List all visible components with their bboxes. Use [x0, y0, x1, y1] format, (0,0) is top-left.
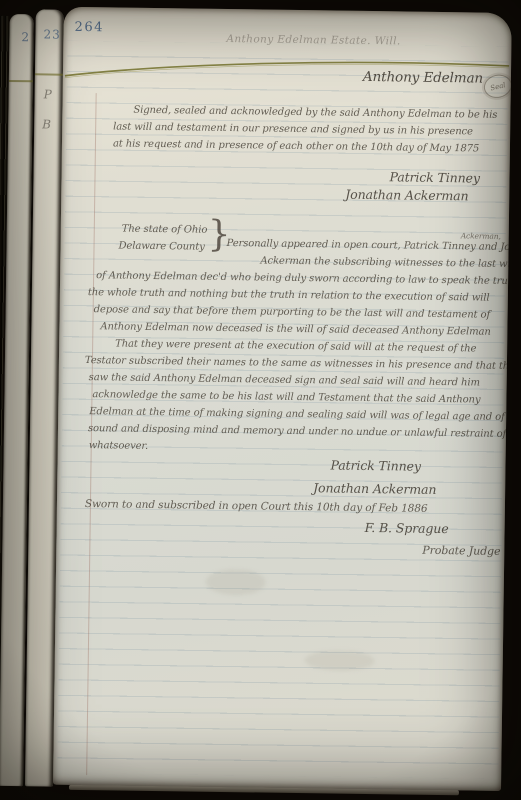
handwriting-fragment-1: P: [44, 87, 52, 101]
decedent-name-heading: Anthony Edelman: [363, 69, 483, 87]
probate-body-line-13: whatsoever.: [89, 440, 149, 452]
venue-state-line: The state of Ohio: [122, 224, 208, 236]
paper-stain: [206, 569, 266, 596]
judge-title: Probate Judge: [422, 544, 500, 558]
scanned-ledger-photo: 2 23 P B 264 Anthony Edelman Estate. Wil…: [0, 0, 521, 800]
interlined-word: Ackerman,: [461, 231, 501, 241]
ledger-page: 264 Anthony Edelman Estate. Will. Anthon…: [53, 7, 512, 791]
olive-rule-fragment-1: [9, 80, 33, 82]
olive-rule-fragment-2: [35, 73, 63, 75]
page-header-title: Anthony Edelman Estate. Will.: [226, 33, 400, 47]
underlying-page-number-2: 23: [43, 27, 60, 41]
handwriting-fragment-2: B: [42, 117, 51, 131]
venue-county-line: Delaware County: [118, 240, 204, 252]
witness-signature-2: Jonathan Ackerman: [345, 187, 468, 204]
probate-witness-signature-1: Patrick Tinney: [330, 457, 421, 473]
witness-signature-1: Patrick Tinney: [389, 169, 480, 185]
book: 2 23 P B 264 Anthony Edelman Estate. Wil…: [0, 0, 521, 800]
page-number: 264: [74, 20, 104, 35]
seal-text: Seal: [489, 81, 506, 92]
judge-signature: F. B. Sprague: [365, 520, 449, 536]
probate-witness-signature-2: Jonathan Ackerman: [313, 480, 436, 497]
underlying-page-number-1: 2: [21, 30, 30, 44]
